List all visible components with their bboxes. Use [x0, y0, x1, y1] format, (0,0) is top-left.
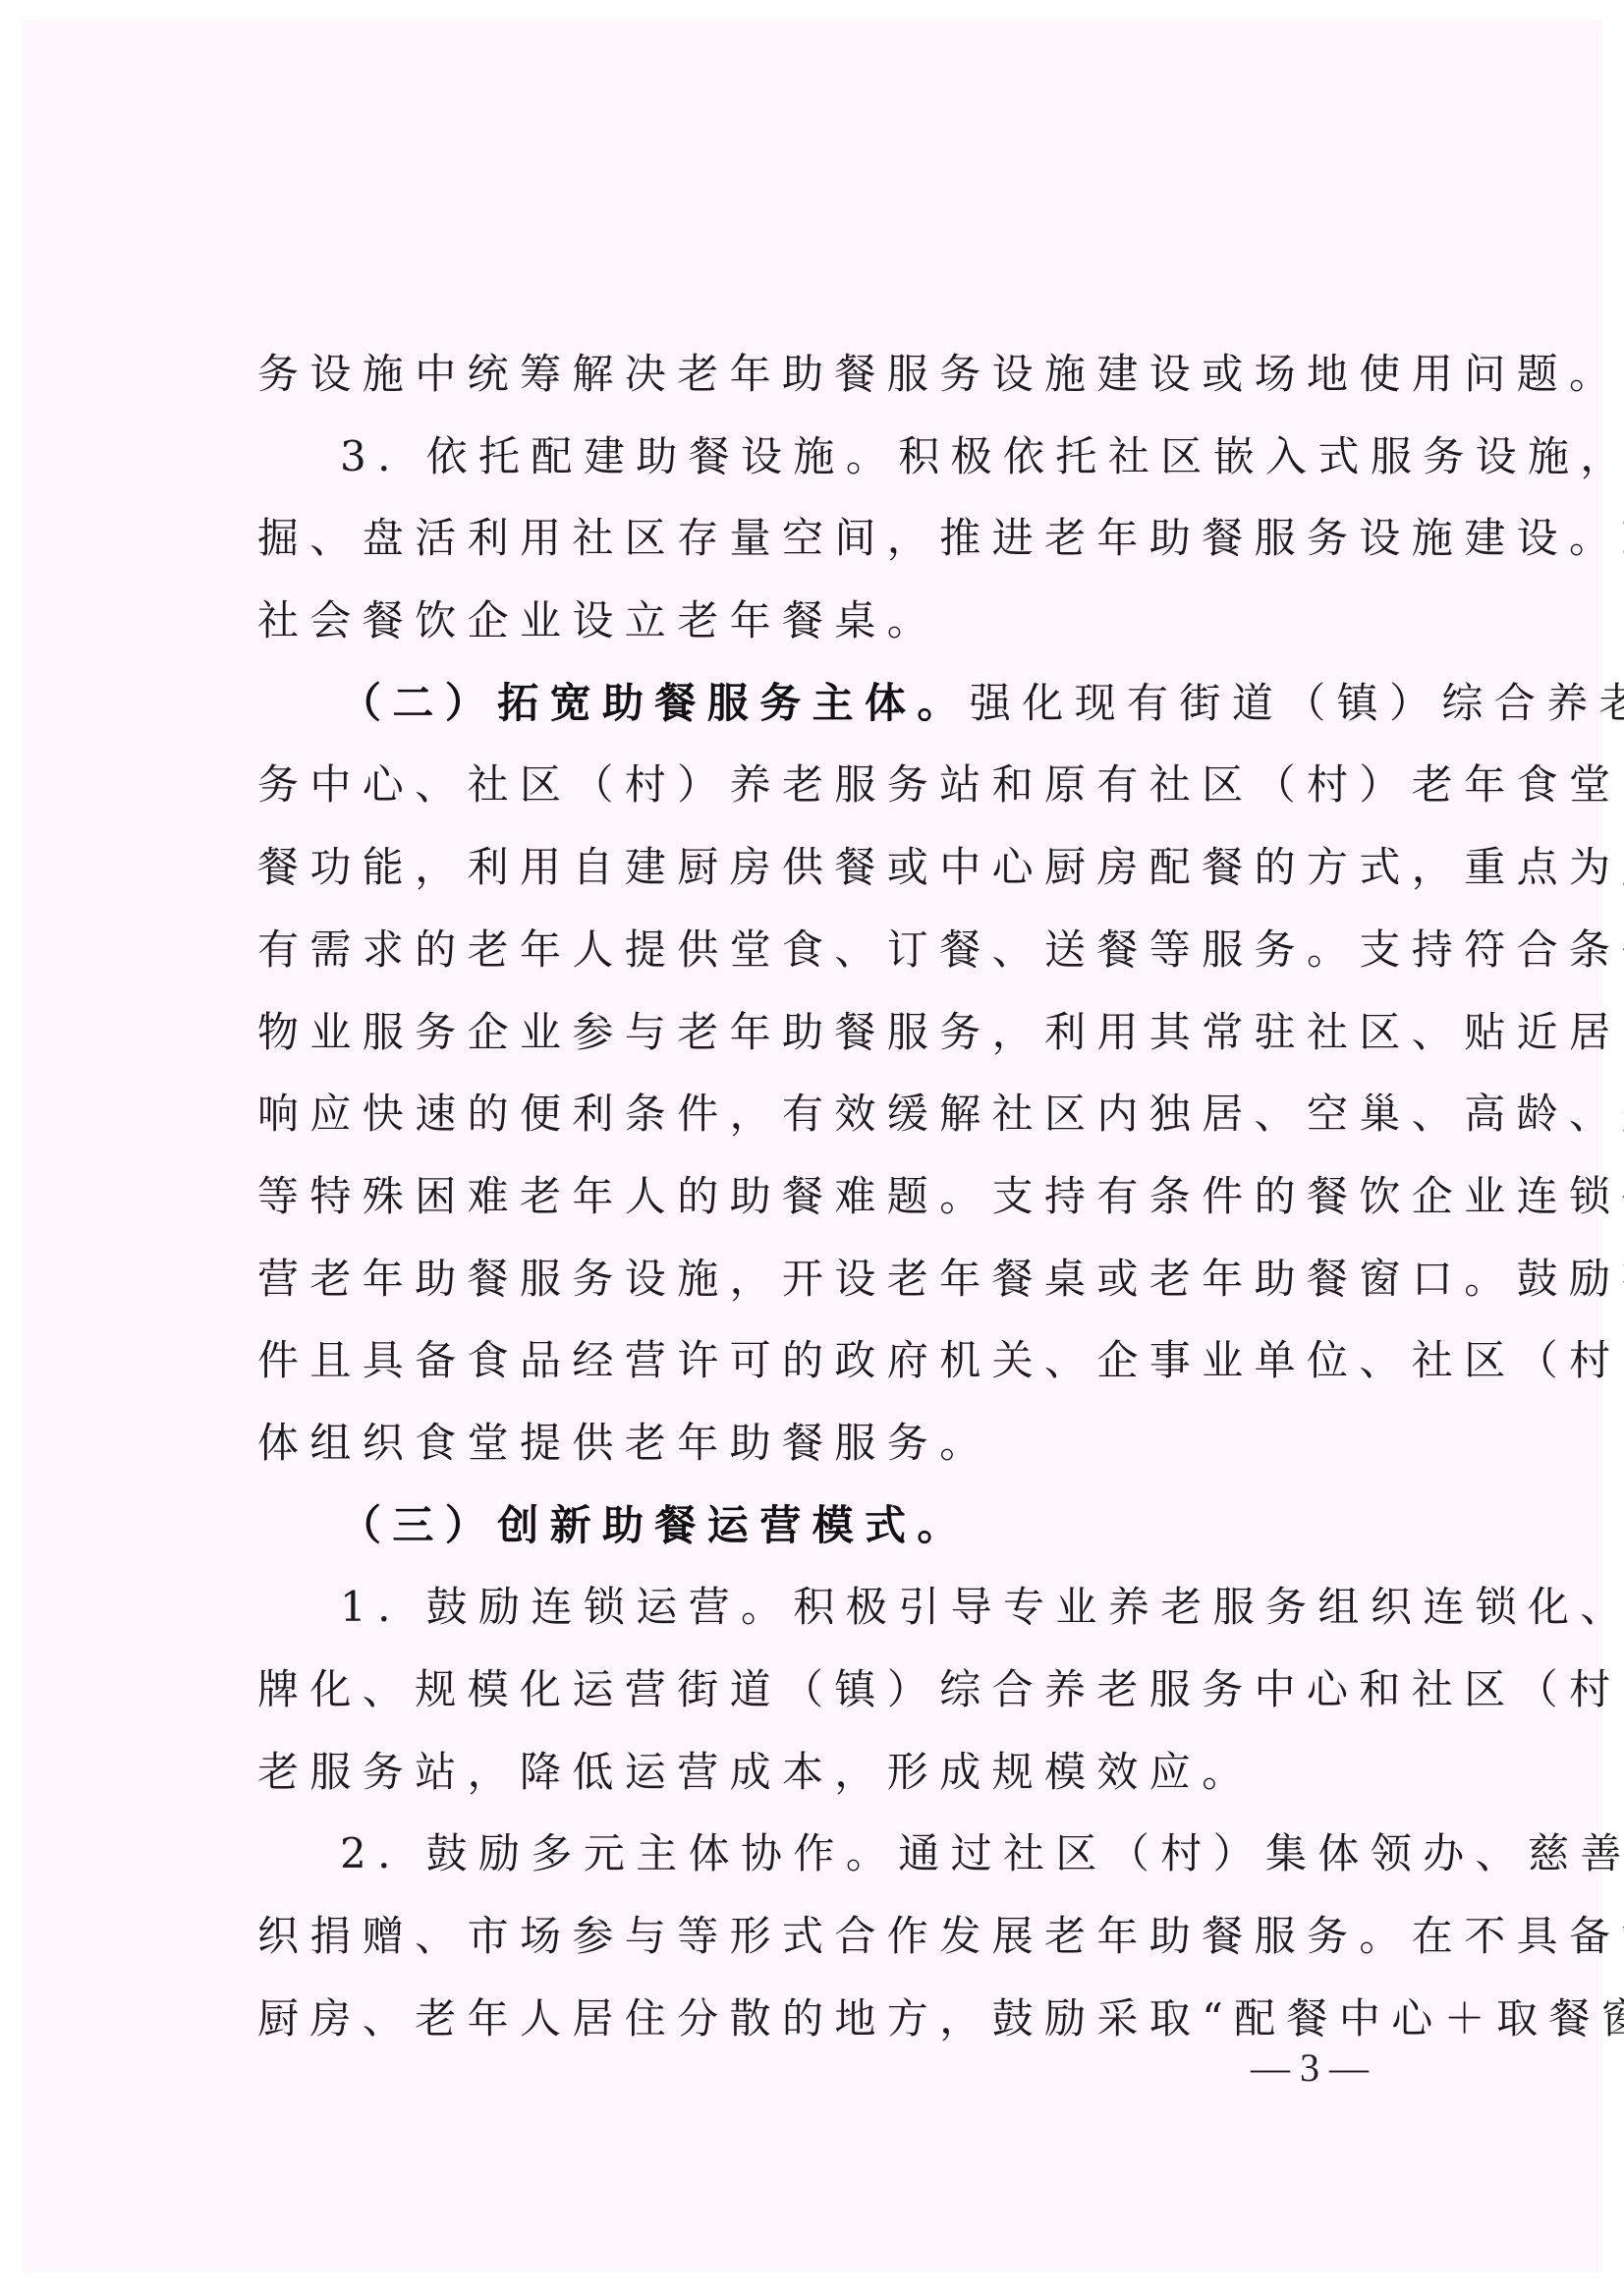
section-heading-3: （三）创新助餐运营模式。: [340, 1501, 970, 1549]
page-number: — 3 —: [1226, 2045, 1393, 2091]
document-body: 务设施中统筹解决老年助餐服务设施建设或场地使用问题。 3. 依托配建助餐设施。积…: [257, 333, 1417, 2059]
body-line-7: 餐功能，利用自建厨房供餐或中心厨房配餐的方式，重点为周边: [257, 826, 1417, 909]
body-line-20: 织捐赠、市场参与等形式合作发展老年助餐服务。在不具备设立: [257, 1895, 1417, 1978]
body-line-14: 体组织食堂提供老年助餐服务。: [257, 1402, 1417, 1484]
body-line-19-item-2: 2. 鼓励多元主体协作。通过社区（村）集体领办、慈善组: [257, 1813, 1417, 1895]
section-3-line: （三）创新助餐运营模式。: [257, 1484, 1417, 1567]
body-line-2-item-3: 3. 依托配建助餐设施。积极依托社区嵌入式服务设施，挖: [257, 416, 1417, 498]
body-line-9: 物业服务企业参与老年助餐服务，利用其常驻社区、贴近居民、: [257, 991, 1417, 1074]
body-line-4: 社会餐饮企业设立老年餐桌。: [257, 580, 1417, 662]
body-line-3: 掘、盘活利用社区存量空间，推进老年助餐服务设施建设。鼓励: [257, 497, 1417, 580]
body-line-12: 营老年助餐服务设施，开设老年餐桌或老年助餐窗口。鼓励有条: [257, 1238, 1417, 1320]
document-page: 务设施中统筹解决老年助餐服务设施建设或场地使用问题。 3. 依托配建助餐设施。积…: [22, 20, 1602, 2272]
body-line-8: 有需求的老年人提供堂食、订餐、送餐等服务。支持符合条件的: [257, 909, 1417, 991]
body-line-17: 牌化、规模化运营街道（镇）综合养老服务中心和社区（村）养: [257, 1649, 1417, 1731]
body-line-1: 务设施中统筹解决老年助餐服务设施建设或场地使用问题。: [257, 333, 1417, 416]
section-2-line: （二）拓宽助餐服务主体。强化现有街道（镇）综合养老服: [257, 662, 1417, 745]
body-line-18: 老服务站，降低运营成本，形成规模效应。: [257, 1731, 1417, 1814]
body-line-16-item-1: 1. 鼓励连锁运营。积极引导专业养老服务组织连锁化、品: [257, 1566, 1417, 1649]
body-line-13: 件且具备食品经营许可的政府机关、企事业单位、社区（村）集: [257, 1319, 1417, 1402]
body-line-11: 等特殊困难老年人的助餐难题。支持有条件的餐饮企业连锁化运: [257, 1155, 1417, 1238]
body-line-10: 响应快速的便利条件，有效缓解社区内独居、空巢、高龄、失能: [257, 1073, 1417, 1155]
body-line-6: 务中心、社区（村）养老服务站和原有社区（村）老年食堂的助: [257, 744, 1417, 826]
section-2-text: 强化现有街道（镇）综合养老服: [970, 679, 1624, 727]
section-heading-2: （二）拓宽助餐服务主体。: [340, 679, 970, 727]
